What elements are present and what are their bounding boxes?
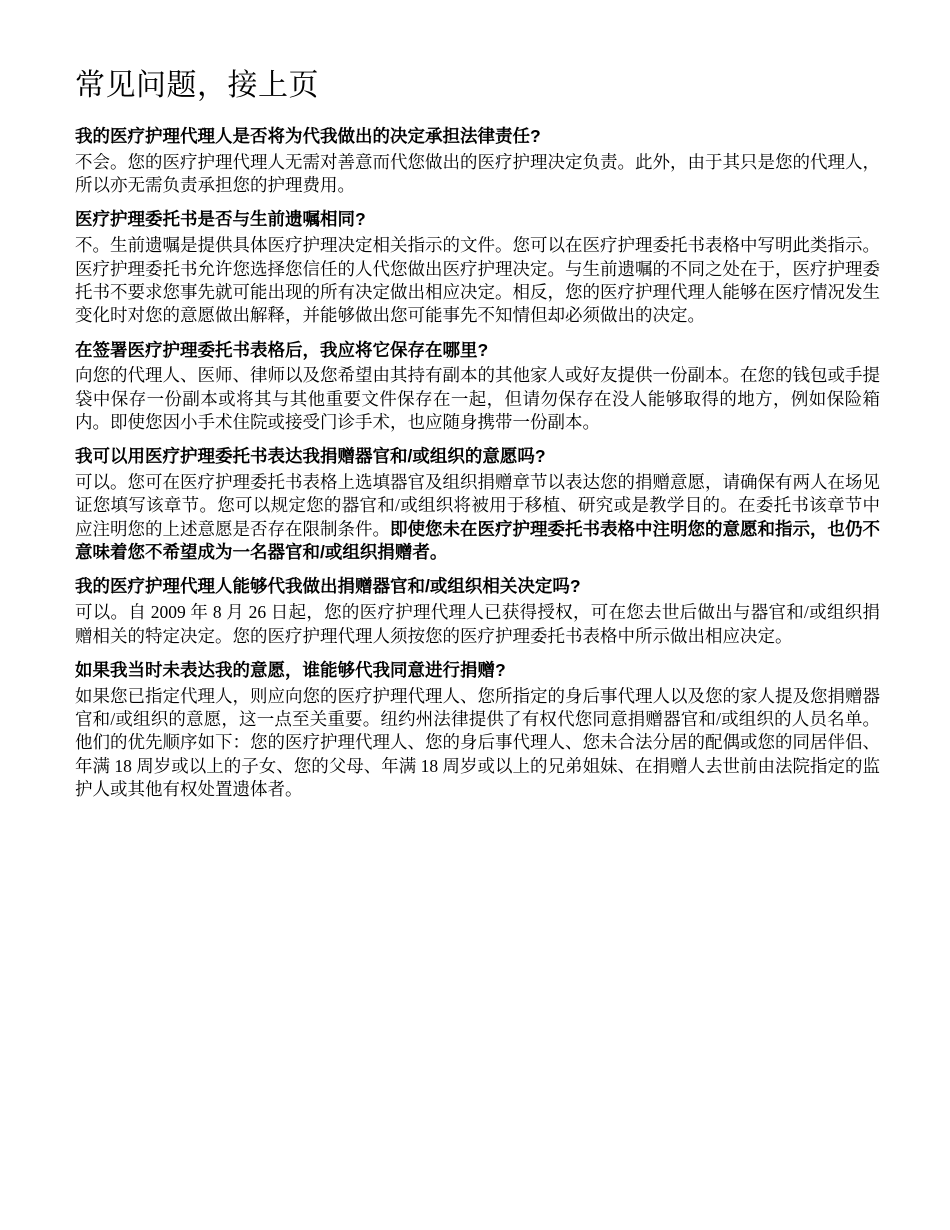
answer-text: 如果您已指定代理人，则应向您的医疗护理代理人、您所指定的身后事代理人以及您的家人… — [75, 686, 880, 799]
faq-section-organ-donation-wishes: 我可以用医疗护理委托书表达我捐赠器官和/或组织的意愿吗? 可以。您可在医疗护理委… — [75, 446, 880, 564]
document-page: 常见问题，接上页 我的医疗护理代理人是否将为代我做出的决定承担法律责任? 不会。… — [0, 0, 950, 1230]
question-heading: 如果我当时未表达我的意愿，谁能够代我同意进行捐赠? — [75, 660, 880, 682]
faq-section-storage: 在签署医疗护理委托书表格后，我应将它保存在哪里? 向您的代理人、医师、律师以及您… — [75, 340, 880, 435]
faq-section-consent-order: 如果我当时未表达我的意愿，谁能够代我同意进行捐赠? 如果您已指定代理人，则应向您… — [75, 660, 880, 801]
answer-paragraph: 不。生前遗嘱是提供具体医疗护理决定相关指示的文件。您可以在医疗护理委托书表格中写… — [75, 234, 880, 327]
question-heading: 我的医疗护理代理人是否将为代我做出的决定承担法律责任? — [75, 126, 880, 148]
answer-text: 向您的代理人、医师、律师以及您希望由其持有副本的其他家人或好友提供一份副本。在您… — [75, 365, 880, 432]
answer-paragraph: 如果您已指定代理人，则应向您的医疗护理代理人、您所指定的身后事代理人以及您的家人… — [75, 685, 880, 801]
question-heading: 我的医疗护理代理人能够代我做出捐赠器官和/或组织相关决定吗? — [75, 576, 880, 598]
faq-section-liability: 我的医疗护理代理人是否将为代我做出的决定承担法律责任? 不会。您的医疗护理代理人… — [75, 126, 880, 197]
question-heading: 在签署医疗护理委托书表格后，我应将它保存在哪里? — [75, 340, 880, 362]
question-heading: 我可以用医疗护理委托书表达我捐赠器官和/或组织的意愿吗? — [75, 446, 880, 468]
answer-text: 不。生前遗嘱是提供具体医疗护理决定相关指示的文件。您可以在医疗护理委托书表格中写… — [75, 235, 880, 325]
answer-paragraph: 可以。您可在医疗护理委托书表格上选填器官及组织捐赠章节以表达您的捐赠意愿，请确保… — [75, 471, 880, 564]
answer-paragraph: 不会。您的医疗护理代理人无需对善意而代您做出的医疗护理决定负责。此外，由于其只是… — [75, 151, 880, 198]
answer-paragraph: 可以。自 2009 年 8 月 26 日起，您的医疗护理代理人已获得授权，可在您… — [75, 601, 880, 648]
page-title: 常见问题，接上页 — [75, 60, 880, 104]
answer-text: 不会。您的医疗护理代理人无需对善意而代您做出的医疗护理决定负责。此外，由于其只是… — [75, 152, 880, 195]
faq-section-living-will: 医疗护理委托书是否与生前遗嘱相同? 不。生前遗嘱是提供具体医疗护理决定相关指示的… — [75, 209, 880, 327]
faq-section-agent-donation-decisions: 我的医疗护理代理人能够代我做出捐赠器官和/或组织相关决定吗? 可以。自 2009… — [75, 576, 880, 647]
answer-paragraph: 向您的代理人、医师、律师以及您希望由其持有副本的其他家人或好友提供一份副本。在您… — [75, 364, 880, 434]
answer-text: 可以。自 2009 年 8 月 26 日起，您的医疗护理代理人已获得授权，可在您… — [75, 602, 880, 645]
question-heading: 医疗护理委托书是否与生前遗嘱相同? — [75, 209, 880, 231]
